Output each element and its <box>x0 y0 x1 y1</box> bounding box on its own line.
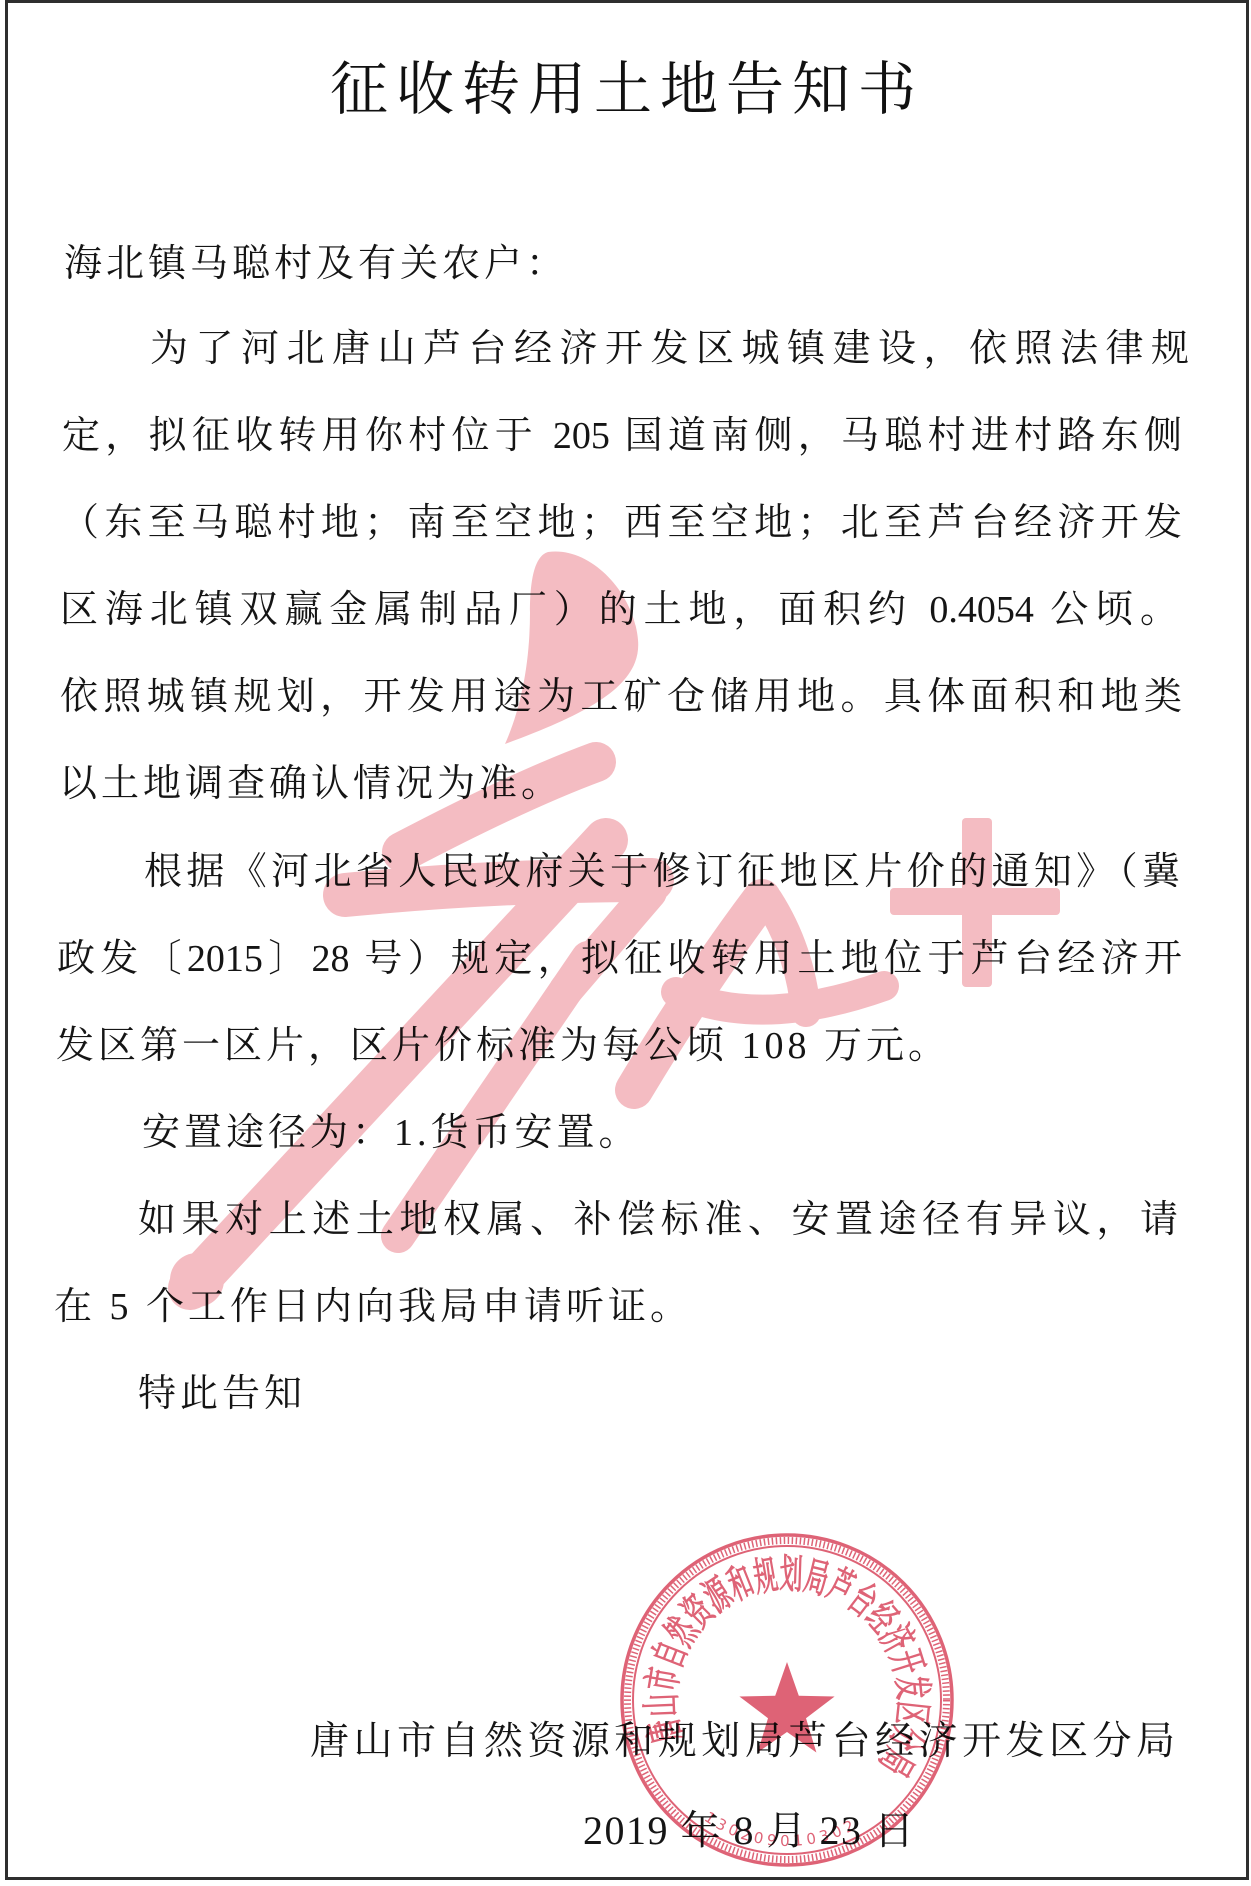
body-line: 为了河北唐山芦台经济开发区城镇建设，依照法律规 <box>150 324 1189 374</box>
body-line: 特此告知 <box>138 1369 306 1419</box>
body-line: 定，拟征收转用你村位于 205 国道南侧，马聪村进村路东侧 <box>62 411 1182 461</box>
issuer-signature: 唐山市自然资源和规划局芦台经济开发区分局 <box>310 1717 1175 1767</box>
salutation: 海北镇马聪村及有关农户： <box>64 239 568 289</box>
body-line: 发区第一区片，区片价标准为每公顷 108 万元。 <box>56 1021 950 1071</box>
body-line: 安置途径为：1.货币安置。 <box>142 1108 641 1158</box>
document-title: 征收转用土地告知书 <box>0 55 1251 125</box>
issue-date: 2019 年 8 月 23 日 <box>583 1806 916 1856</box>
body-line: 以土地调查确认情况为准。 <box>59 759 563 809</box>
body-line: 根据《河北省人民政府关于修订征地区片价的通知》（冀 <box>144 847 1180 897</box>
body-line: 政发〔2015〕28 号）规定，拟征收转用土地位于芦台经济开 <box>57 934 1182 984</box>
body-line: 在 5 个工作日内向我局申请听证。 <box>54 1282 692 1332</box>
body-line: 如果对上述土地权属、补偿标准、安置途径有异议，请 <box>138 1195 1178 1245</box>
body-line: 依照城镇规划，开发用途为工矿仓储用地。具体面积和地类 <box>60 672 1182 722</box>
body-line: 区海北镇双赢金属制品厂）的土地，面积约 0.4054 公顷。 <box>60 585 1178 635</box>
document-page: 征收转用土地告知书 海北镇马聪村及有关农户： 为了河北唐山芦台经济开发区城镇建设… <box>0 0 1251 1886</box>
body-line: （东至马聪村地；南至空地；西至空地；北至芦台经济开发 <box>61 498 1182 548</box>
